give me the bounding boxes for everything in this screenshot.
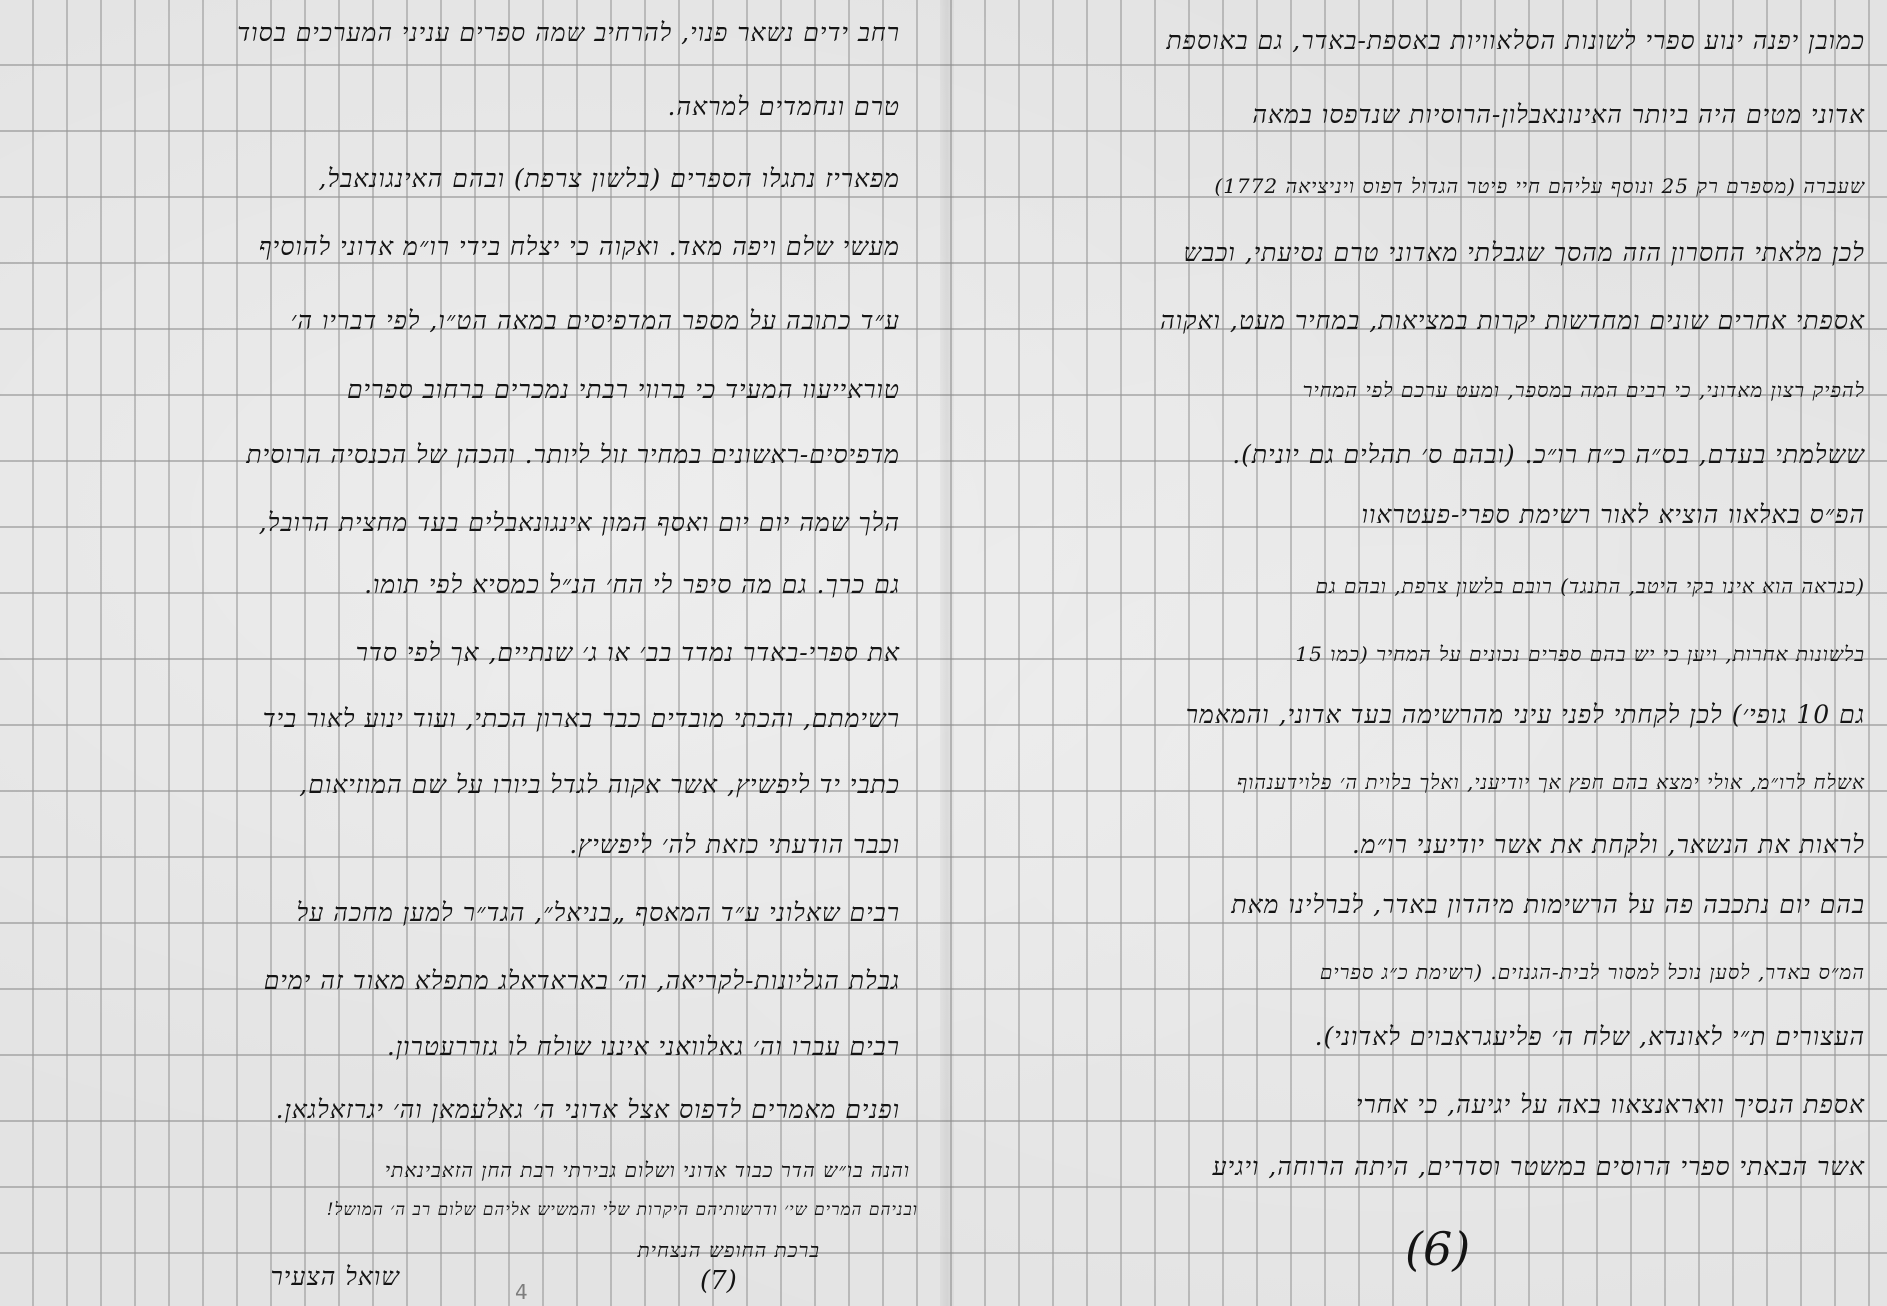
- right-line-11: גם 10 גופי׳) לכן לקחתי לפני עיני מהרשימה…: [1186, 700, 1865, 730]
- right-line-13: לראות את הנשאר, ולקחת את אשר יודיעני רו״…: [1352, 830, 1865, 860]
- page-number-left: (7): [700, 1266, 737, 1296]
- left-line-17: ופנים מאמרים לדפוס אצל אדוני ה׳ גאלעמאן …: [276, 1095, 900, 1125]
- left-line-4: מעשי שלם ויפה מאד. ואקוה כי יצלח בידי רו…: [259, 232, 900, 262]
- left-line-16: רבים עברו וה׳ גאלוואני איננו שולח לו גזר…: [387, 1032, 900, 1062]
- signature: שואל הצעיר: [271, 1262, 400, 1292]
- right-line-5: אספתי אחרים שונים ומחדשות יקרות במציאות,…: [1160, 306, 1865, 336]
- page-fold: [940, 0, 954, 1306]
- right-page: כמובן יפנה ינוע ספרי לשונות הסלאוויות בא…: [960, 0, 1887, 1306]
- pencil-note: 4: [515, 1280, 528, 1304]
- left-line-10: את ספרי-באדר נמדד בב׳ או ג׳ שנתיים, אך ל…: [356, 638, 900, 668]
- left-line-6: טוראייעוו המעיד כי ברווי רבתי נמכרים ברח…: [347, 375, 900, 405]
- right-line-15: המ״ס באדר, לסען נוכל למסור לבית-הגנזים. …: [1320, 960, 1865, 985]
- right-line-16: העצורים ת״י לאונדא, שלח ה׳ פליעגראבוים ל…: [1315, 1022, 1865, 1052]
- left-line-19: ובניהם המרים שי׳ ודרשותיהם היקרות שלי וה…: [327, 1200, 918, 1220]
- left-line-5: ע״ד כתובה על מספר המדפיסים במאה הט״ו, לפ…: [291, 306, 900, 336]
- right-line-8: הפ״ס באלאוו הוציא לאור רשימת ספרי-פעטראו…: [1362, 500, 1865, 530]
- right-line-4: לכן מלאתי החסרון הזה מהסך שגבלתי מאדוני …: [1183, 238, 1865, 268]
- left-line-12: כתבי יד ליפשיץ, אשר אקוה לגדל ביורו על ש…: [299, 770, 900, 800]
- left-line-11: רשימתם, והכתי מובדים כבר בארון הכתי, ועו…: [263, 704, 900, 734]
- left-line-3: מפאריז נתגלו הספרים (בלשון צרפת) ובהם הא…: [319, 164, 900, 194]
- right-line-14: בהם יום נתכבה פה על הרשימות מיהדון באדר,…: [1231, 890, 1865, 920]
- left-line-13: וכבר הודעתי כזאת לה׳ ליפשיץ.: [569, 830, 900, 860]
- right-line-18: אשר הבאתי ספרי הרוסים במשטר וסדרים, היתה…: [1213, 1152, 1866, 1182]
- page-number-right: (6): [1405, 1222, 1470, 1276]
- right-line-2: אדוני מטים היה ביותר האינונאבלון-הרוסיות…: [1252, 100, 1865, 130]
- left-line-18: והנה בו״ש הדר כבוד אדוני ושלום גבירתי רב…: [385, 1158, 910, 1183]
- left-line-14: רבים שאלוני ע״ד המאסף „בניאל״, הגד״ר למע…: [297, 898, 901, 928]
- closing-blessing: ברכת החופש הנצחית: [638, 1238, 820, 1263]
- right-line-12: אשלח לרו״מ, אולי ימצא בהם חפץ אך יודיעני…: [1237, 770, 1865, 795]
- left-line-15: גבלת הגליונות-לקריאה, וה׳ באראדאלג מתפלא…: [264, 966, 900, 996]
- right-line-1: כמובן יפנה ינוע ספרי לשונות הסלאוויות בא…: [1167, 26, 1865, 56]
- left-line-2: טרם ונחמדים למראה.: [668, 92, 900, 122]
- right-line-10: בלשונות אחרות, ויען כי יש בהם ספרים נכונ…: [1295, 642, 1865, 667]
- left-line-8: הלך שמה יום יום ואסף המון אינגונאבלים בע…: [259, 508, 900, 538]
- right-line-3: שעברה (מספרם רק 25 ונוסף עליהם חיי פיטר …: [1214, 174, 1865, 199]
- left-line-1: רחב ידים נשאר פנוי, להרחיב שמה ספרים עני…: [237, 18, 900, 48]
- left-page: רחב ידים נשאר פנוי, להרחיב שמה ספרים עני…: [0, 0, 930, 1306]
- right-line-17: אספת הנסיך וואראנצאוו באה על יגיעה, כי א…: [1356, 1090, 1865, 1120]
- scanned-letter: רחב ידים נשאר פנוי, להרחיב שמה ספרים עני…: [0, 0, 1887, 1306]
- left-line-7: מדפיסים-ראשונים במחיר זול ליותר. והכהן ש…: [246, 440, 900, 470]
- left-line-9: גם כרך. גם מה סיפר לי הח׳ הנ״ל כמסיא לפי…: [364, 570, 900, 600]
- right-line-6: להפיק רצון מאדוני, כי רבים המה במספר, ומ…: [1303, 378, 1865, 403]
- right-line-7: ששלמתי בעדם, בס״ה כ״ח רו״כ. (ובהם ס׳ תהל…: [1232, 440, 1865, 470]
- right-line-9: (כנראה הוא אינו בקי היטב, התנגד) רובם בל…: [1316, 574, 1865, 599]
